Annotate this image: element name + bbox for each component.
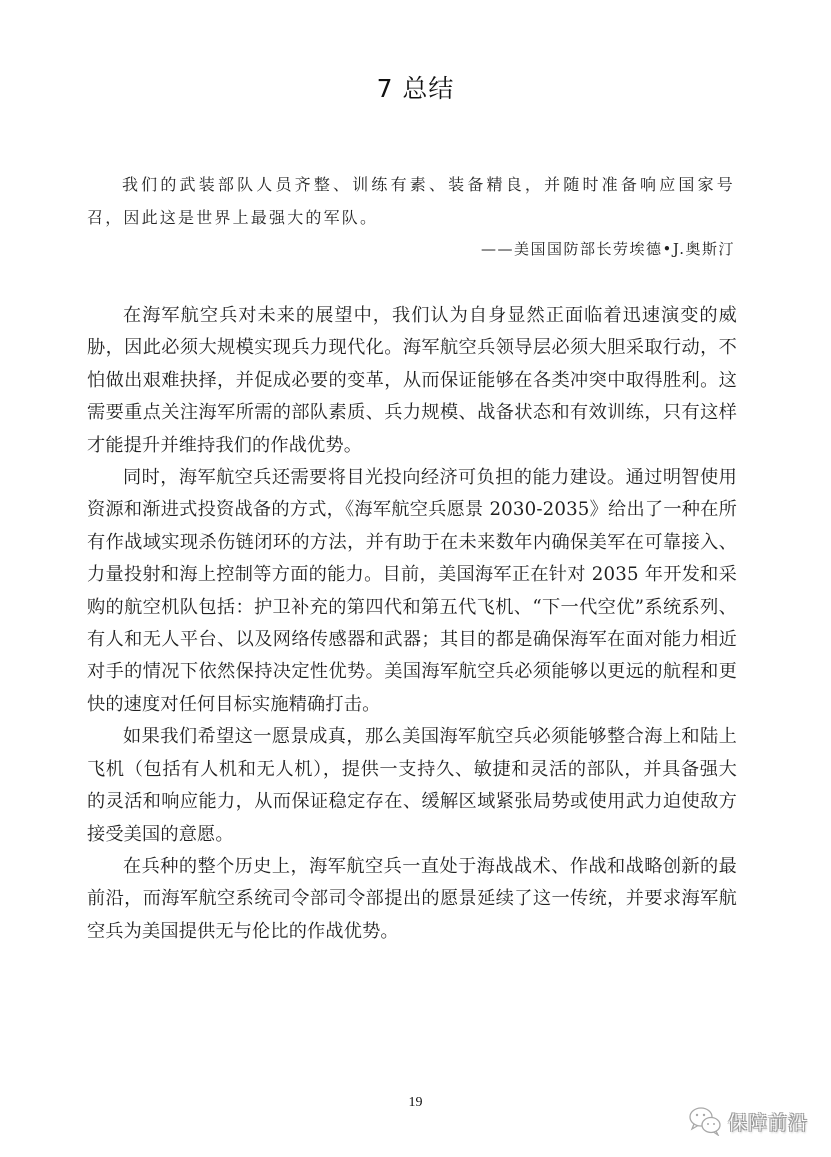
epigraph-quote: 我们的武装部队人员齐整、训练有素、装备精良，并随时准备响应国家号召，因此这是世界… [87,168,735,234]
watermark: 保障前沿 [688,1106,808,1136]
paragraph: 如果我们希望这一愿景成真，那么美国海军航空兵必须能够整合海上和陆上飞机（包括有人… [87,721,737,851]
epigraph-attribution: ——美国国防部长劳埃德•J.奥斯汀 [481,234,735,264]
body-text: 在海军航空兵对未来的展望中，我们认为自身显然正面临着迅速演变的威胁，因此必须大规… [87,300,737,948]
watermark-text: 保障前沿 [728,1108,808,1135]
paragraph: 在兵种的整个历史上，海军航空兵一直处于海战战术、作战和战略创新的最前沿，而海军航… [87,851,737,948]
wechat-icon [688,1106,722,1136]
paragraph: 同时，海军航空兵还需要将目光投向经济可负担的能力建设。通过明智使用资源和渐进式投… [87,462,737,721]
page-title: 7 总结 [0,69,831,105]
paragraph: 在海军航空兵对未来的展望中，我们认为自身显然正面临着迅速演变的威胁，因此必须大规… [87,300,737,462]
